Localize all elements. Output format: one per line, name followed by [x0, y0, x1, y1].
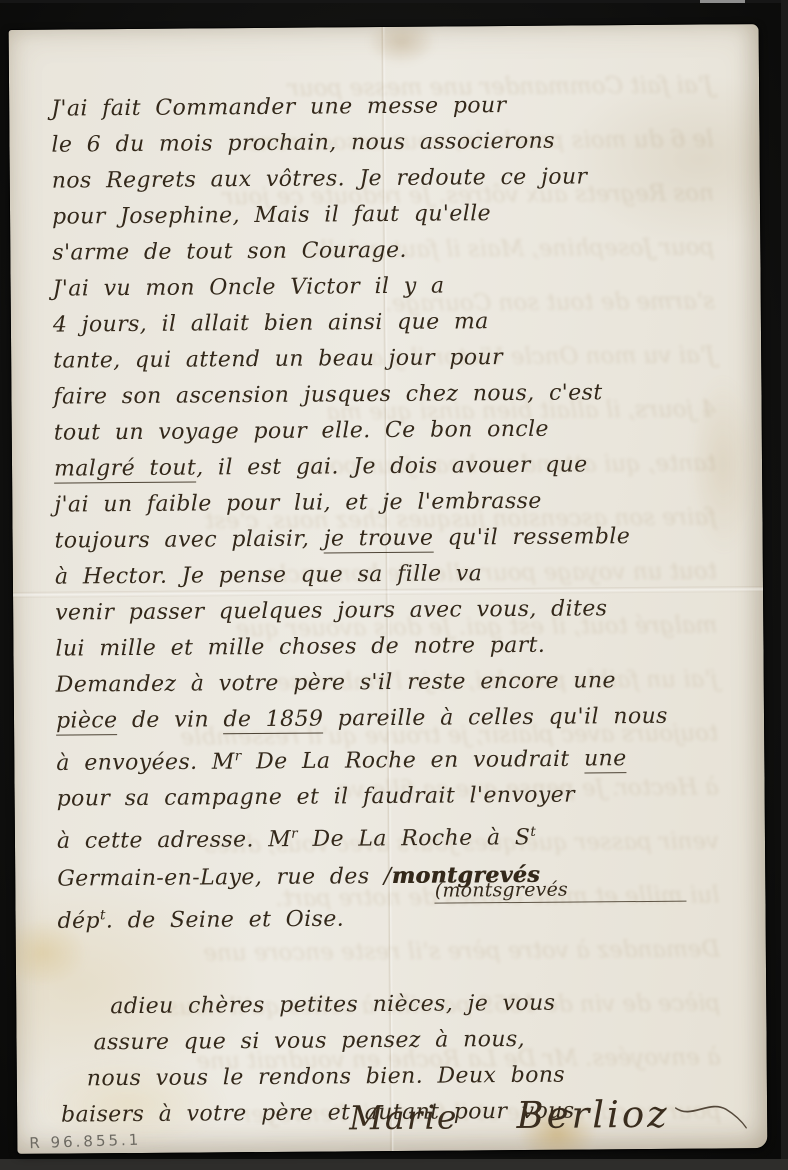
- letter-text-segment: de vin: [117, 707, 223, 733]
- letter-text-segment: . de Seine et Oise.: [106, 906, 344, 933]
- letter-line: J'ai vu mon Oncle Victor il y a: [52, 266, 726, 307]
- scan-background-right: [781, 0, 788, 1170]
- letter-text-segment: pareille à celles qu'il nous: [323, 704, 668, 732]
- signature: Marie Berlioz: [59, 1092, 747, 1140]
- letter-text-segment: une: [584, 746, 627, 773]
- letter-text-segment: de 1859: [223, 707, 323, 735]
- letter-text-segment: , il est gai. Je dois avouer que: [196, 452, 588, 480]
- letter-line: lui mille et mille choses de notre part.: [55, 626, 729, 667]
- letter-line: pour Josephine, Mais il faut qu'elle: [52, 194, 726, 235]
- letter-line: pour sa campagne et il faudrait l'envoye…: [57, 777, 731, 818]
- letter-text-segment: le 6 du mois prochain, nous associerons: [51, 129, 555, 158]
- letter-text-segment: pour Josephine, Mais il faut qu'elle: [52, 201, 491, 229]
- letter-text-segment: De La Roche en voudrait: [242, 747, 584, 775]
- letter-line: le 6 du mois prochain, nous associerons: [51, 122, 725, 163]
- letter-text-segment: malgré tout: [54, 456, 196, 484]
- letter-line: nous vous le rendons bien. Deux bons: [87, 1056, 733, 1097]
- letter-text-segment: toujours avec plaisir,: [55, 527, 324, 554]
- letter-text-segment: nos Regrets aux vôtres. Je redoute ce jo…: [52, 164, 588, 193]
- letter-text-segment: J'ai fait Commander une messe pour: [51, 93, 506, 122]
- letter-text-segment: tante, qui attend un beau jour pour: [53, 345, 503, 374]
- letter-text-segment: t: [530, 824, 536, 840]
- letter-line: 4 jours, il allait bien ainsi que ma: [53, 302, 727, 343]
- letter-text-segment: nous vous le rendons bien. Deux bons: [87, 1063, 565, 1092]
- letter-line: pièce de vin de 1859 pareille à celles q…: [56, 698, 730, 739]
- letter-page: J'ai fait Commander une messe pourle 6 d…: [9, 24, 768, 1154]
- letter-text-segment: j'ai un faible pour lui, et je l'embrass…: [54, 489, 542, 518]
- signature-given-name: Marie: [349, 1097, 459, 1137]
- letter-text-segment: tout un voyage pour elle. Ce bon oncle: [54, 417, 549, 446]
- catalog-number: R 96.855.1: [29, 1131, 142, 1153]
- letter-text-segment: De La Roche à S: [298, 826, 530, 853]
- letter-text-segment: adieu chères petites nièces, je vous: [110, 991, 555, 1019]
- letter-text-segment: J'ai vu mon Oncle Victor il y a: [53, 274, 445, 302]
- letter-line: à envoyées. Mr De La Roche en voudrait u…: [56, 734, 730, 782]
- letter-line: adieu chères petites nièces, je vous: [110, 984, 732, 1025]
- address-correction-note: (montsgrevés: [435, 878, 686, 903]
- letter-line: venir passer quelques jours avec vous, d…: [55, 590, 729, 631]
- scan-background-bottom: [0, 1159, 788, 1170]
- letter-body: J'ai fait Commander une messe pourle 6 d…: [51, 86, 733, 1133]
- letter-text-segment: pour sa campagne et il faudrait l'envoye…: [57, 783, 576, 812]
- letter-text-segment: qu'il ressemble: [433, 524, 630, 551]
- letter-line: Demandez à votre père s'il reste encore …: [56, 662, 730, 703]
- signature-family-name: Berlioz: [516, 1093, 670, 1137]
- letter-line: malgré tout, il est gai. Je dois avouer …: [54, 446, 728, 487]
- letter-line: à Hector. Je pense que sa fille va: [55, 554, 729, 595]
- stain: [367, 24, 437, 65]
- letter-text-segment: dép: [57, 908, 100, 933]
- letter-text-segment: faire son ascension jusques chez nous, c…: [53, 380, 602, 409]
- letter-line: tante, qui attend un beau jour pour: [53, 338, 727, 379]
- letter-line: Germain-en-Laye, rue des /montgrevés(mon…: [57, 855, 731, 897]
- letter-line: tout un voyage pour elle. Ce bon oncle: [54, 410, 728, 451]
- letter-text-segment: venir passer quelques jours avec vous, d…: [55, 596, 607, 625]
- letter-line: faire son ascension jusques chez nous, c…: [53, 374, 727, 415]
- letter-text-segment: 4 jours, il allait bien ainsi que ma: [53, 309, 489, 337]
- letter-text-segment: Demandez à votre père s'il reste encore …: [56, 668, 616, 697]
- letter-line: assure que si vous pensez à nous,: [93, 1020, 732, 1061]
- letter-line: toujours avec plaisir, je trouve qu'il r…: [54, 518, 728, 559]
- letter-line: J'ai fait Commander une messe pour: [51, 86, 725, 127]
- letter-text-segment: assure que si vous pensez à nous,: [93, 1027, 525, 1055]
- letter-text-segment: à envoyées. M: [56, 750, 235, 776]
- letter-text-segment: pièce: [56, 708, 118, 735]
- letter-text-segment: à Hector. Je pense que sa fille va: [55, 561, 482, 589]
- signature-flourish: [674, 1097, 748, 1132]
- letter-text-segment: je trouve: [324, 526, 434, 554]
- letter-text-segment: lui mille et mille choses de notre part.: [55, 633, 545, 662]
- letter-line: à cette adresse. Mr De La Roche à St: [57, 813, 731, 861]
- letter-line: j'ai un faible pour lui, et je l'embrass…: [54, 482, 728, 523]
- letter-text-segment: s'arme de tout son Courage.: [52, 238, 407, 266]
- letter-text-segment: Germain-en-Laye, rue des /: [57, 864, 392, 892]
- letter-line: s'arme de tout son Courage.: [52, 230, 726, 271]
- letter-text-segment: à cette adresse. M: [57, 827, 291, 854]
- letter-line: nos Regrets aux vôtres. Je redoute ce jo…: [52, 158, 726, 199]
